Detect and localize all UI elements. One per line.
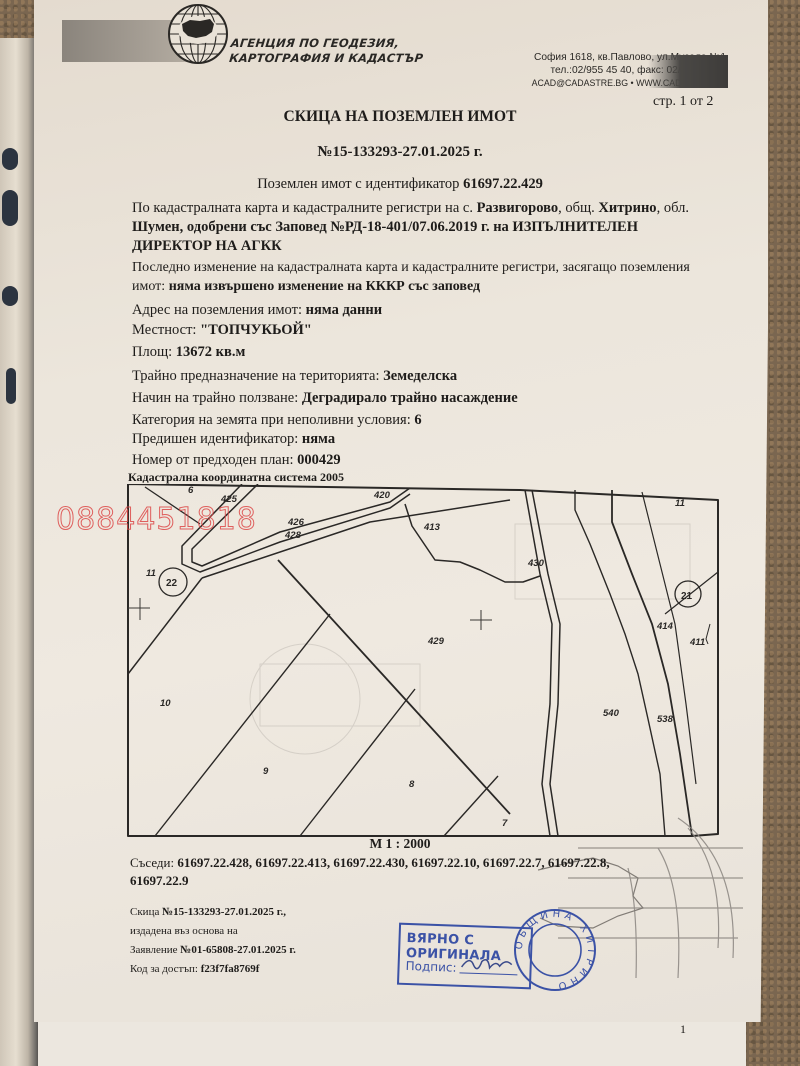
parcel-label: 411 [689, 637, 705, 648]
field-value: Земеделска [383, 368, 457, 384]
signature-label: Подпис: [405, 959, 456, 975]
parcel-label: 6 [188, 485, 194, 496]
intro-paragraph: По кадастралната карта и кадастралните р… [132, 199, 732, 256]
sketch-footer: Скица №15-133293-27.01.2025 г., издадена… [130, 903, 296, 979]
footer-label: Заявление [130, 944, 178, 956]
access-code: f23f7fa8769f [201, 963, 260, 975]
phone-watermark: 0884451818 [56, 502, 257, 537]
parcel-label: 7 [502, 818, 508, 829]
last-change-label: имот: [132, 279, 165, 294]
parcel-label: 11 [146, 568, 156, 579]
certified-copy-stamp: ВЯРНО С ОРИГИНАЛА Подпис: [397, 923, 533, 990]
field-area: Площ: 13672 кв.м [132, 344, 245, 361]
field-label: Трайно предназначение на територията: [132, 368, 380, 384]
application-number: №01-65808-27.01.2025 г. [180, 944, 296, 956]
approval-authority: ДИРЕКТОР НА АГКК [132, 237, 732, 256]
parcel-label: 413 [423, 522, 441, 533]
parcel-label: 429 [427, 636, 445, 647]
parcel-label: 540 [603, 708, 620, 719]
sketch-number: №15-133293-27.01.2025 г., [162, 906, 286, 918]
field-value: Деградирало трайно насаждение [302, 390, 518, 406]
intro-text: По кадастралната карта и кадастралните р… [132, 200, 477, 216]
globe-bulgaria-icon [166, 2, 230, 66]
field-value: няма [302, 431, 335, 447]
parcel-label: 414 [656, 621, 674, 632]
agency-name-line2: КАРТОГРАФИЯ И КАДАСТЪР [228, 51, 423, 66]
issued-basis: издадена въз основа на [130, 922, 296, 941]
sheet-label: 22 [166, 578, 178, 589]
footer-label: Код за достъп: [130, 963, 198, 975]
parcel-label: 430 [527, 558, 545, 569]
parcel-label: 10 [160, 698, 171, 709]
parcel-label: 428 [284, 530, 302, 541]
field-label: Номер от предходен план: [132, 452, 294, 468]
parcel-identifier: Поземлен имот с идентификатор 61697.22.4… [0, 176, 800, 193]
field-locality: Местност: "ТОПЧУКЬОЙ" [132, 322, 312, 339]
field-label: Местност: [132, 322, 196, 338]
signature-icon [459, 953, 520, 979]
page-footer-number: 1 [680, 1022, 686, 1037]
agency-name: АГЕНЦИЯ ПО ГЕОДЕЗИЯ, КАРТОГРАФИЯ И КАДАС… [228, 36, 425, 66]
sheet-label: 21 [681, 591, 693, 602]
neighbours: Съседи: 61697.22.428, 61697.22.413, 6169… [130, 854, 690, 890]
coordinate-system: Кадастрална координатна система 2005 [128, 470, 344, 485]
neighbours-value: 61697.22.9 [130, 873, 189, 888]
intro-text: , обл. [657, 200, 689, 216]
last-change-value: няма извършено изменение на КККР със зап… [169, 279, 480, 294]
approval-order: Шумен, одобрени със Заповед №РД-18-401/0… [132, 218, 732, 237]
field-purpose: Трайно предназначение на територията: Зе… [132, 368, 457, 385]
field-label: Начин на трайно ползване: [132, 390, 298, 406]
field-value: 000429 [297, 452, 341, 468]
binder-hole [2, 286, 18, 306]
field-label: Категория на земята при неполивни услови… [132, 412, 411, 428]
field-value: "ТОПЧУКЬОЙ" [200, 322, 312, 338]
intro-text: , общ. [558, 200, 598, 216]
footer-label: Скица [130, 906, 159, 918]
last-change: Последно изменение на кадастралната карт… [132, 258, 732, 296]
parcel-label: 420 [373, 490, 391, 501]
binder-hole [6, 368, 16, 404]
field-label: Адрес на поземления имот: [132, 302, 302, 318]
identifier-label: Поземлен имот с идентификатор [257, 176, 459, 192]
last-change-label: Последно изменение на кадастралната карт… [132, 258, 732, 277]
neighbours-label: Съседи: [130, 855, 174, 870]
parcel-label: 8 [409, 779, 415, 790]
municipality: Хитрино [598, 200, 656, 216]
document-number: №15-133293-27.01.2025 г. [0, 144, 800, 161]
header-bar-right [648, 55, 728, 88]
neighbours-value: 61697.22.428, 61697.22.413, 61697.22.430… [177, 855, 609, 870]
cadastral-map: 6 425 420 426 428 413 430 11 11 429 414 … [120, 484, 740, 840]
field-label: Площ: [132, 344, 172, 360]
document-title: СКИЦА НА ПОЗЕМЛЕН ИМОТ [0, 108, 800, 126]
field-previous-id: Предишен идентификатор: няма [132, 431, 335, 448]
field-value: 13672 кв.м [176, 344, 246, 360]
parcel-label: 11 [675, 498, 685, 509]
parcel-label: 9 [263, 766, 269, 777]
field-usage: Начин на трайно ползване: Деградирало тр… [132, 390, 518, 407]
village: Развигорово [477, 200, 559, 216]
field-category: Категория на земята при неполивни услови… [132, 412, 422, 429]
parcel-label: 538 [657, 714, 674, 725]
binder-hole [2, 190, 18, 226]
field-label: Предишен идентификатор: [132, 431, 298, 447]
field-value: 6 [414, 412, 421, 428]
field-previous-plan: Номер от предходен план: 000429 [132, 452, 341, 469]
field-value: няма данни [306, 302, 383, 318]
identifier-value: 61697.22.429 [463, 176, 543, 192]
parcel-label: 426 [287, 517, 305, 528]
agency-name-line1: АГЕНЦИЯ ПО ГЕОДЕЗИЯ, [230, 36, 425, 51]
field-address: Адрес на поземления имот: няма данни [132, 302, 382, 319]
